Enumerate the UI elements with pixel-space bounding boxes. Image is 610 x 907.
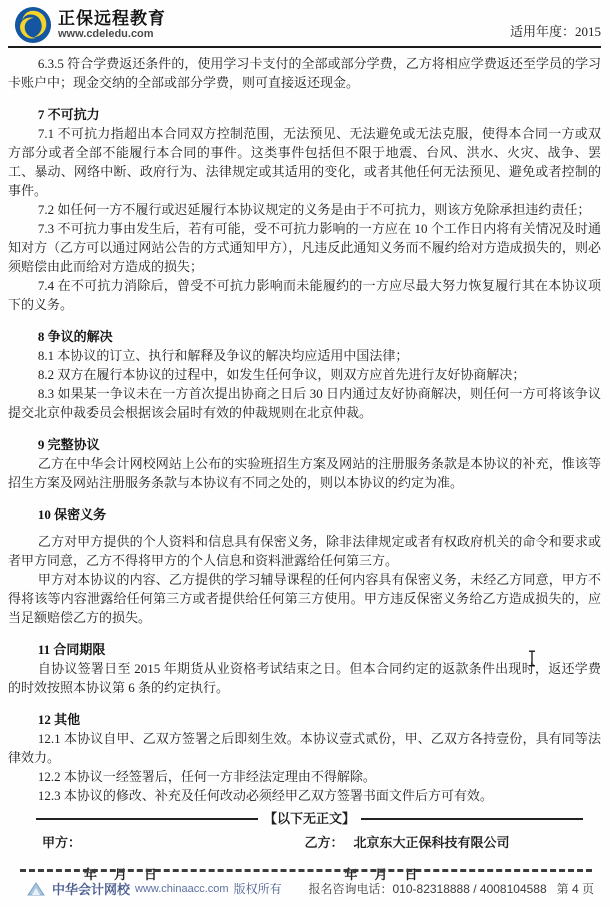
footer-contact: 报名咨询电话：010-82318888 / 4008104588第 4 页 bbox=[308, 880, 594, 897]
contract-page: 正保远程教育 www.cdeledu.com 适用年度：2015 6.3.5 符… bbox=[0, 0, 610, 907]
rule-right bbox=[361, 818, 583, 820]
contract-paragraph: 12.3 本协议的修改、补充及任何改动必须经甲乙双方签署书面文件后方可有效。 bbox=[8, 786, 601, 805]
text-cursor-icon bbox=[527, 650, 537, 672]
page-footer: 中华会计网校 www.chinaacc.com 版权所有 报名咨询电话：010-… bbox=[0, 869, 610, 907]
footer-site-info: 中华会计网校 www.chinaacc.com 版权所有 bbox=[26, 879, 282, 898]
page-header: 正保远程教育 www.cdeledu.com 适用年度：2015 bbox=[8, 0, 601, 48]
brand-text: 正保远程教育 www.cdeledu.com bbox=[58, 9, 166, 41]
chinaacc-logo-icon bbox=[26, 881, 52, 897]
contract-paragraph: 7.3 不可抗力事由发生后，若有可能，受不可抗力影响的一方应在 10 个工作日内… bbox=[8, 219, 601, 276]
brand-url: www.cdeledu.com bbox=[58, 28, 166, 41]
contract-paragraph: 甲方对本协议的内容、乙方提供的学习辅导课程的任何内容具有保密义务，未经乙方同意，… bbox=[8, 570, 601, 627]
contract-paragraph: 6.3.5 符合学费返还条件的，使用学习卡支付的全部或部分学费，乙方将相应学费返… bbox=[8, 54, 601, 92]
contract-paragraph: 自协议签署日至 2015 年期货从业资格考试结束之日。但本合同约定的返款条件出现… bbox=[8, 659, 601, 697]
cdel-logo-icon bbox=[14, 6, 52, 44]
contract-paragraph: 8.2 双方在履行本协议的过程中，如发生任何争议，则双方应首先进行友好协商解决； bbox=[8, 365, 601, 384]
party-b-cell: 乙方：北京东大正保科技有限公司 bbox=[305, 833, 602, 852]
contract-main: 6.3.5 符合学费返还条件的，使用学习卡支付的全部或部分学费，乙方将相应学费返… bbox=[8, 54, 601, 884]
footer-content: 中华会计网校 www.chinaacc.com 版权所有 报名咨询电话：010-… bbox=[0, 872, 610, 898]
applicable-year-label: 适用年度：2015 bbox=[510, 21, 601, 40]
contract-paragraph: 12.1 本协议自甲、乙双方签署之后即刻生效。本协议壹式贰份，甲、乙双方各持壹份… bbox=[8, 729, 601, 767]
party-b-name: 北京东大正保科技有限公司 bbox=[354, 835, 510, 850]
page-number: 第 4 页 bbox=[557, 882, 594, 896]
party-b-label: 乙方： bbox=[305, 835, 344, 850]
section-heading: 12 其他 bbox=[8, 710, 601, 729]
rule-left bbox=[36, 818, 258, 820]
no-body-text-label: 【以下无正文】 bbox=[264, 809, 355, 828]
brand-title: 正保远程教育 bbox=[58, 9, 166, 28]
section-heading: 10 保密义务 bbox=[8, 505, 601, 524]
footer-copyright: 版权所有 bbox=[234, 880, 282, 897]
no-body-text-rule: 【以下无正文】 bbox=[8, 809, 601, 828]
contract-paragraph: 7.1 不可抗力指超出本合同双方控制范围，无法预见、无法避免或无法克服，使得本合… bbox=[8, 124, 601, 200]
contract-paragraph: 7.4 在不可抗力消除后，曾受不可抗力影响而未能履约的一方应尽最大努力恢复履行其… bbox=[8, 276, 601, 314]
party-a-label: 甲方： bbox=[42, 835, 81, 850]
contract-paragraph: 乙方对甲方提供的个人资料和信息具有保密义务，除非法律规定或者有权政府机关的命令和… bbox=[8, 532, 601, 570]
contract-paragraph: 8.1 本协议的订立、执行和解释及争议的解决均应适用中国法律； bbox=[8, 346, 601, 365]
cdel-brand: 正保远程教育 www.cdeledu.com bbox=[14, 6, 166, 44]
section-heading: 9 完整协议 bbox=[8, 435, 601, 454]
contract-paragraph: 8.3 如果某一争议未在一方首次提出协商之日后 30 日内通过友好协商解决，则任… bbox=[8, 384, 601, 422]
section-heading: 7 不可抗力 bbox=[8, 105, 601, 124]
phone-label: 报名咨询电话： bbox=[308, 882, 392, 896]
section-heading: 11 合同期限 bbox=[8, 640, 601, 659]
footer-site-url: www.chinaacc.com bbox=[135, 883, 229, 895]
contract-paragraph: 乙方在中华会计网校网站上公布的实验班招生方案及网站的注册服务条款是本协议的补充，… bbox=[8, 454, 601, 492]
footer-site-name: 中华会计网校 bbox=[52, 879, 130, 898]
signature-row: 甲方： 乙方：北京东大正保科技有限公司 bbox=[8, 833, 601, 852]
contract-paragraph: 7.2 如任何一方不履行或迟延履行本协议规定的义务是由于不可抗力，则该方免除承担… bbox=[8, 200, 601, 219]
section-heading: 8 争议的解决 bbox=[8, 327, 601, 346]
phone-number: 010-82318888 / 4008104588 bbox=[393, 882, 547, 896]
contract-body: 6.3.5 符合学费返还条件的，使用学习卡支付的全部或部分学费，乙方将相应学费返… bbox=[8, 54, 601, 805]
party-a-cell: 甲方： bbox=[8, 833, 305, 852]
contract-paragraph: 12.2 本协议一经签署后，任何一方非经法定理由不得解除。 bbox=[8, 767, 601, 786]
